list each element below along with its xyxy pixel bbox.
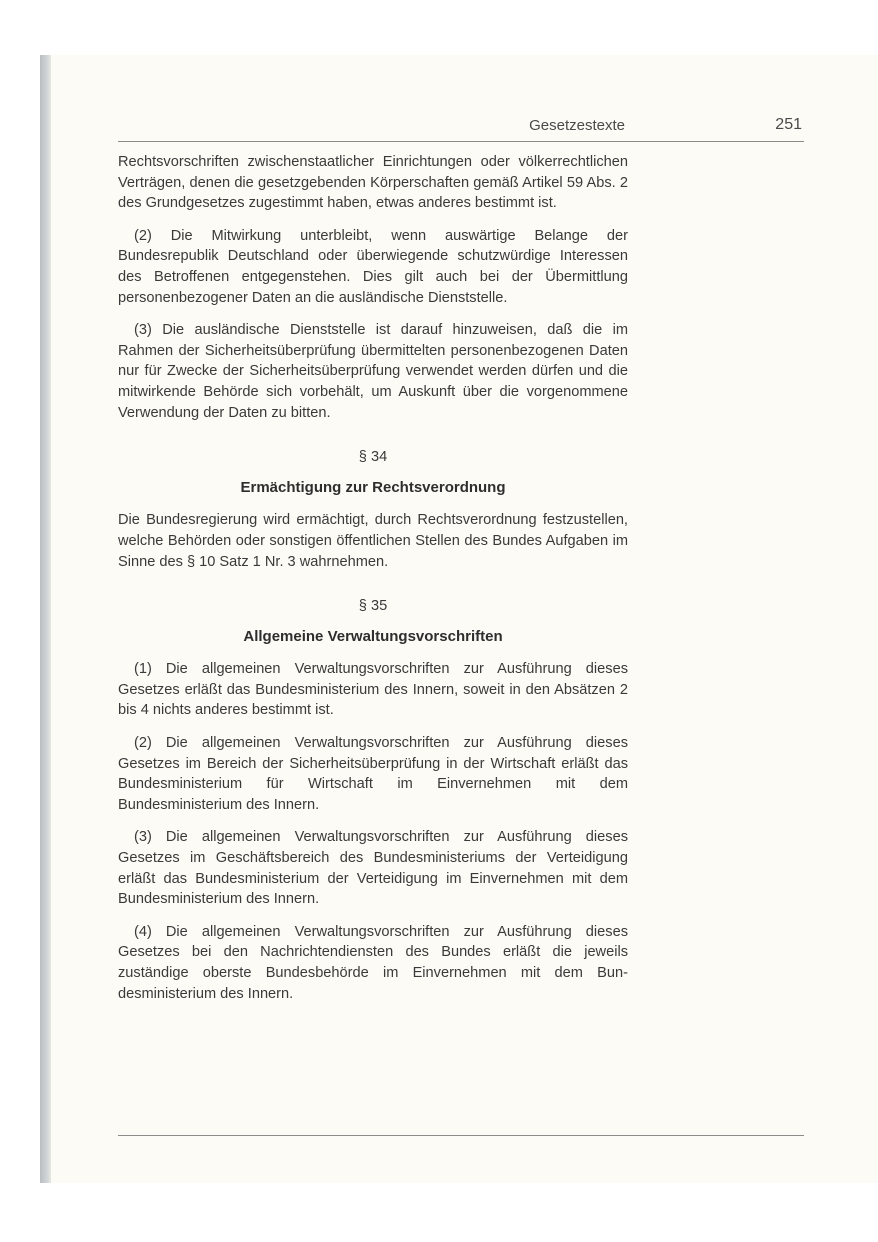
- section-paragraph: (2) Die allgemeinen Verwaltungsvorschrif…: [118, 733, 628, 815]
- paragraph-33-2: (2) Die Mitwirkung unterbleibt, wenn aus…: [118, 226, 628, 308]
- section-35: § 35 Allgemeine Verwaltungsvorschriften …: [118, 596, 628, 1004]
- header-rule: [118, 141, 804, 142]
- section-number: § 34: [118, 447, 628, 468]
- section-34: § 34 Ermächtigung zur Rechtsverordnung D…: [118, 447, 628, 572]
- page-binding-shadow: [40, 55, 51, 1183]
- section-paragraph: (1) Die allgemeinen Verwaltungsvorschrif…: [118, 659, 628, 721]
- section-paragraph: (4) Die allgemeinen Verwaltungsvorschrif…: [118, 922, 628, 1004]
- section-paragraph: (3) Die allgemeinen Verwaltungsvorschrif…: [118, 827, 628, 909]
- section-title: Ermächtigung zur Rechtsverordnung: [118, 478, 628, 499]
- section-paragraph: Die Bundesregierung wird ermächtigt, dur…: [118, 510, 628, 572]
- footer-rule: [118, 1135, 804, 1136]
- paragraph-33-3: (3) Die ausländische Dienststelle ist da…: [118, 320, 628, 423]
- page-content: Rechtsvorschriften zwischenstaatlicher E…: [118, 152, 628, 1016]
- page-number: 251: [775, 116, 802, 134]
- intro-paragraph: Rechtsvorschriften zwischenstaatlicher E…: [118, 152, 628, 214]
- section-number: § 35: [118, 596, 628, 617]
- section-title: Allgemeine Verwaltungsvorschriften: [118, 627, 628, 648]
- running-title: Gesetzestexte: [529, 117, 625, 134]
- running-head: Gesetzestexte 251: [118, 115, 802, 141]
